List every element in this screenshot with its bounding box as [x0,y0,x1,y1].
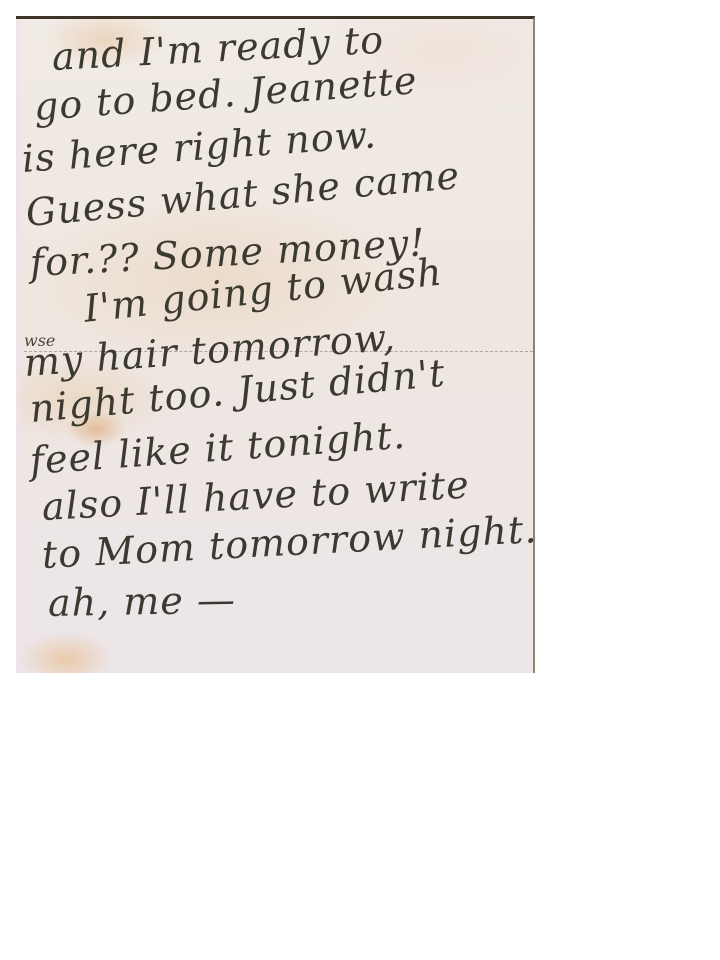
letter-page: and I'm ready to go to bed. Jeanette is … [16,16,535,673]
scan-canvas: and I'm ready to go to bed. Jeanette is … [0,0,720,960]
handwritten-line-12: ah, me — [48,578,237,625]
